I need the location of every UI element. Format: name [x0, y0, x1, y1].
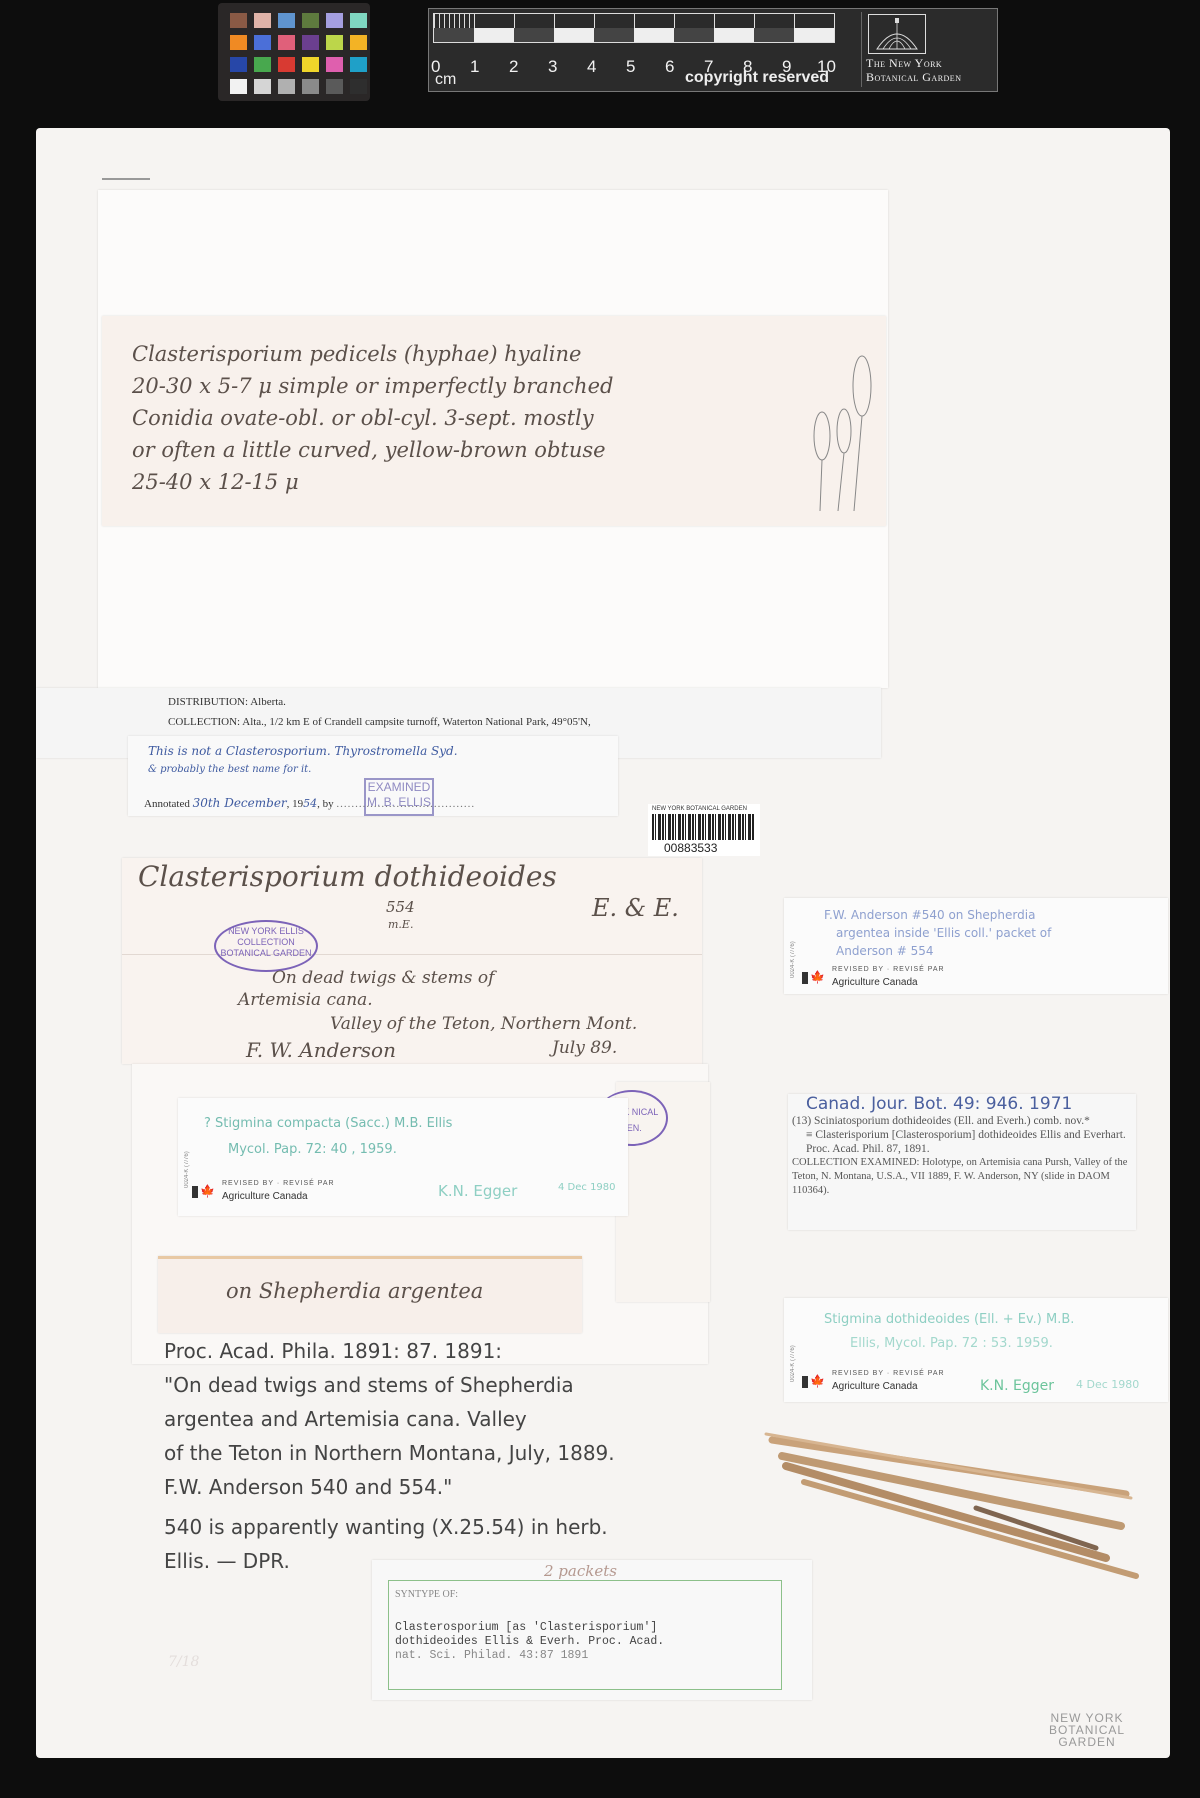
packet-locality: Valley of the Teton, Northern Mont. — [330, 1014, 637, 1034]
agency-name: Agriculture Canada — [832, 1381, 918, 1392]
color-swatch — [278, 79, 295, 94]
ellis-collection-stamp: NEW YORK ELLIS COLLECTION BOTANICAL GARD… — [214, 920, 318, 972]
packet-initials: m.E. — [388, 918, 413, 931]
revised-by-text: REVISED BY · REVISÉ PAR — [832, 966, 945, 973]
shepherdia-packet: on Shepherdia argentea — [158, 1256, 582, 1333]
agcan-revision-label-1: 0024-K (7/76) F.W. Anderson #540 on Shep… — [784, 898, 1168, 994]
label-side-code: 0024-K (7/76) — [790, 1332, 796, 1382]
color-swatch — [326, 57, 343, 72]
notes-line: Clasterisporium pedicels (hyphae) hyalin… — [132, 338, 613, 370]
packet-title: Clasterisporium dothideoides — [138, 860, 557, 893]
annotated-by: , by — [317, 798, 334, 810]
canada-flag-bar-icon — [192, 1186, 198, 1198]
third-envelope: YORK NICAL DEN. — [616, 1082, 710, 1302]
notes-line: 25-40 x 12-15 μ — [132, 466, 613, 498]
revision-line3: Anderson # 554 — [836, 944, 934, 958]
color-swatch — [302, 35, 319, 50]
syntype-line2: dothideoides Ellis & Everh. Proc. Acad. — [395, 1635, 664, 1649]
nybg-logo: The New York Botanical Garden — [861, 12, 992, 87]
syntype-line1: Clasterosporium [as 'Clasterisporium'] — [395, 1621, 664, 1635]
nybg-sheet-stamp: NEW YORK BOTANICAL GARDEN — [1042, 1712, 1132, 1748]
packet-habitat-line2: Artemisia cana. — [238, 990, 373, 1010]
revised-by-text: REVISED BY · REVISÉ PAR — [222, 1180, 335, 1187]
journal-citation-handwritten: Canad. Jour. Bot. 49: 946. 1971 — [806, 1094, 1072, 1114]
color-swatch — [230, 13, 247, 28]
color-swatch — [302, 13, 319, 28]
conidia-sketch-icon — [802, 346, 882, 516]
journal-entry: (13) Sciniatosporium dothideoides (Ell. … — [792, 1114, 1128, 1128]
maple-leaf-icon: 🍁 — [200, 1184, 215, 1199]
color-swatch — [350, 79, 367, 94]
syntype-handwritten-note: 2 packets — [544, 1562, 617, 1580]
reviser-name: K.N. Egger — [980, 1378, 1054, 1394]
packet-number: 554 — [386, 898, 415, 916]
protologue-line: "On dead twigs and stems of Shepherdia — [164, 1368, 615, 1402]
barcode-label: NEW YORK BOTANICAL GARDEN 00883533 — [648, 804, 760, 856]
maple-leaf-icon: 🍁 — [810, 1374, 825, 1389]
maple-leaf-icon: 🍁 — [810, 970, 825, 985]
revision-date: 4 Dec 1980 — [1076, 1378, 1139, 1391]
protologue-note: Proc. Acad. Phila. 1891: 87. 1891: "On d… — [164, 1334, 615, 1578]
herbarium-sheet: Clasterisporium pedicels (hyphae) hyalin… — [36, 128, 1170, 1758]
color-swatch — [254, 13, 271, 28]
color-swatch — [302, 57, 319, 72]
agcan-revision-label-3: 0024-K (7/76) Stigmina dothideoides (Ell… — [784, 1298, 1168, 1402]
revision-line1: Stigmina dothideoides (Ell. + Ev.) M.B. — [824, 1312, 1074, 1327]
color-swatch — [254, 35, 271, 50]
color-swatch — [278, 13, 295, 28]
color-swatch — [326, 79, 343, 94]
annotated-line: Annotated 30th December, 1954, by ......… — [144, 796, 475, 810]
annotation-label: This is not a Clasterosporium. Thyrostro… — [128, 736, 618, 816]
color-swatch — [326, 13, 343, 28]
barcode-number: 00883533 — [664, 841, 717, 855]
packet-authors: E. & E. — [592, 894, 679, 922]
year-prefix: , 19 — [287, 798, 304, 810]
ruler-tick-label: 4 — [587, 57, 596, 77]
notes-slip: Clasterisporium pedicels (hyphae) hyalin… — [102, 316, 886, 526]
journal-collection: COLLECTION EXAMINED: Holotype, on Artemi… — [792, 1156, 1128, 1198]
notes-line: or often a little curved, yellow-brown o… — [132, 434, 613, 466]
reviser-name: K.N. Egger — [438, 1182, 517, 1200]
ruler-tick-label: 1 — [470, 57, 479, 77]
canada-flag-bar-icon — [802, 972, 808, 984]
canada-flag-bar-icon — [802, 1376, 808, 1388]
protologue-line: F.W. Anderson 540 and 554." — [164, 1470, 615, 1504]
ruler-tick-label: 9 — [782, 57, 791, 77]
pin-mark — [102, 178, 150, 180]
syntype-heading: SYNTYPE OF: — [395, 1589, 458, 1600]
revision-line2: Ellis, Mycol. Pap. 72 : 53. 1959. — [850, 1336, 1053, 1351]
syntype-label: SYNTYPE OF: Clasterosporium [as 'Claster… — [388, 1580, 782, 1690]
packet-fold — [122, 954, 702, 955]
revision-line2: argentea inside 'Ellis coll.' packet of — [836, 926, 1051, 940]
protologue-line: of the Teton in Northern Montana, July, … — [164, 1436, 615, 1470]
annotated-year: 54 — [303, 797, 317, 810]
color-checker-card — [218, 3, 370, 101]
color-swatch — [350, 35, 367, 50]
agency-name: Agriculture Canada — [222, 1191, 308, 1202]
protologue-line: argentea and Artemisia cana. Valley — [164, 1402, 615, 1436]
annotation-line1: This is not a Clasterosporium. Thyrostro… — [148, 744, 458, 758]
journal-synonym: ≡ Clasterisporium [Clasterosporium] doth… — [792, 1128, 1128, 1156]
syntype-line3: nat. Sci. Philad. 43:87 1891 — [395, 1649, 664, 1663]
journal-text: (13) Sciniatosporium dothideoides (Ell. … — [792, 1114, 1128, 1198]
ellis-packet: Clasterisporium dothideoides 554 m.E. E.… — [122, 858, 702, 1064]
syntype-label-area: 2 packets SYNTYPE OF: Clasterosporium [a… — [372, 1560, 812, 1700]
revised-by-text: REVISED BY · REVISÉ PAR — [832, 1370, 945, 1377]
conservatory-dome-icon — [868, 14, 926, 54]
ruler-tick-label: 7 — [704, 57, 713, 77]
protologue-line: 540 is apparently wanting (X.25.54) in h… — [164, 1510, 615, 1544]
pencil-mark: 7/18 — [168, 1654, 199, 1670]
packet-collector: F. W. Anderson — [246, 1038, 396, 1062]
collection-text: COLLECTION: Alta., 1/2 km E of Crandell … — [168, 716, 591, 728]
label-side-code: 0024-K (7/76) — [184, 1138, 190, 1188]
institution-line2: Botanical Garden — [866, 70, 961, 84]
ruler-tick-label: 5 — [626, 57, 635, 77]
agency-name: Agriculture Canada — [832, 977, 918, 988]
revision-line2: Mycol. Pap. 72: 40 , 1959. — [228, 1142, 397, 1157]
ruler-tick-label: 6 — [665, 57, 674, 77]
color-swatch — [350, 57, 367, 72]
color-swatch — [278, 35, 295, 50]
notes-line: Conidia ovate-obl. or obl-cyl. 3-sept. m… — [132, 402, 613, 434]
institution-line1: The New York — [866, 56, 961, 70]
ruler-tick-label: 3 — [548, 57, 557, 77]
barcode-header: NEW YORK BOTANICAL GARDEN — [652, 806, 747, 812]
revision-line1: F.W. Anderson #540 on Shepherdia — [824, 908, 1035, 922]
ruler-tick-label: 2 — [509, 57, 518, 77]
journal-clipping: Canad. Jour. Bot. 49: 946. 1971 (13) Sci… — [788, 1094, 1136, 1230]
ruler-tick-label: 10 — [817, 57, 836, 77]
color-swatch — [254, 57, 271, 72]
color-swatch — [230, 35, 247, 50]
color-swatch — [326, 35, 343, 50]
color-swatch — [230, 57, 247, 72]
agcan-revision-label-2: 0024-K (7/76) ? Stigmina compacta (Sacc.… — [178, 1098, 628, 1216]
annotated-prefix: Annotated — [144, 798, 190, 810]
color-swatch — [278, 57, 295, 72]
annotation-line2: & probably the best name for it. — [148, 764, 311, 775]
ruler-scale-bar — [433, 13, 835, 43]
packet-date: July 89. — [552, 1038, 617, 1058]
color-swatch — [350, 13, 367, 28]
annotated-date: 30th December — [193, 796, 287, 810]
ruler-tick-label: 0 — [431, 57, 440, 77]
protologue-line: Proc. Acad. Phila. 1891: 87. 1891: — [164, 1334, 615, 1368]
ruler-tick-label: 8 — [743, 57, 752, 77]
scale-ruler: cm copyright reserved The New York Botan… — [428, 8, 998, 92]
notes-text: Clasterisporium pedicels (hyphae) hyalin… — [132, 338, 613, 498]
color-swatch — [302, 79, 319, 94]
revision-line1: ? Stigmina compacta (Sacc.) M.B. Ellis — [204, 1116, 452, 1131]
revision-date: 4 Dec 1980 — [558, 1182, 616, 1193]
color-swatch — [254, 79, 271, 94]
barcode-bars[interactable] — [652, 814, 754, 840]
label-side-code: 0024-K (7/76) — [790, 928, 796, 978]
packet-host-text: on Shepherdia argentea — [226, 1279, 483, 1303]
notes-line: 20-30 x 5-7 μ simple or imperfectly bran… — [132, 370, 613, 402]
distribution-text: DISTRIBUTION: Alberta. — [168, 696, 286, 708]
packet-habitat-line1: On dead twigs & stems of — [272, 968, 494, 988]
color-swatch — [230, 79, 247, 94]
